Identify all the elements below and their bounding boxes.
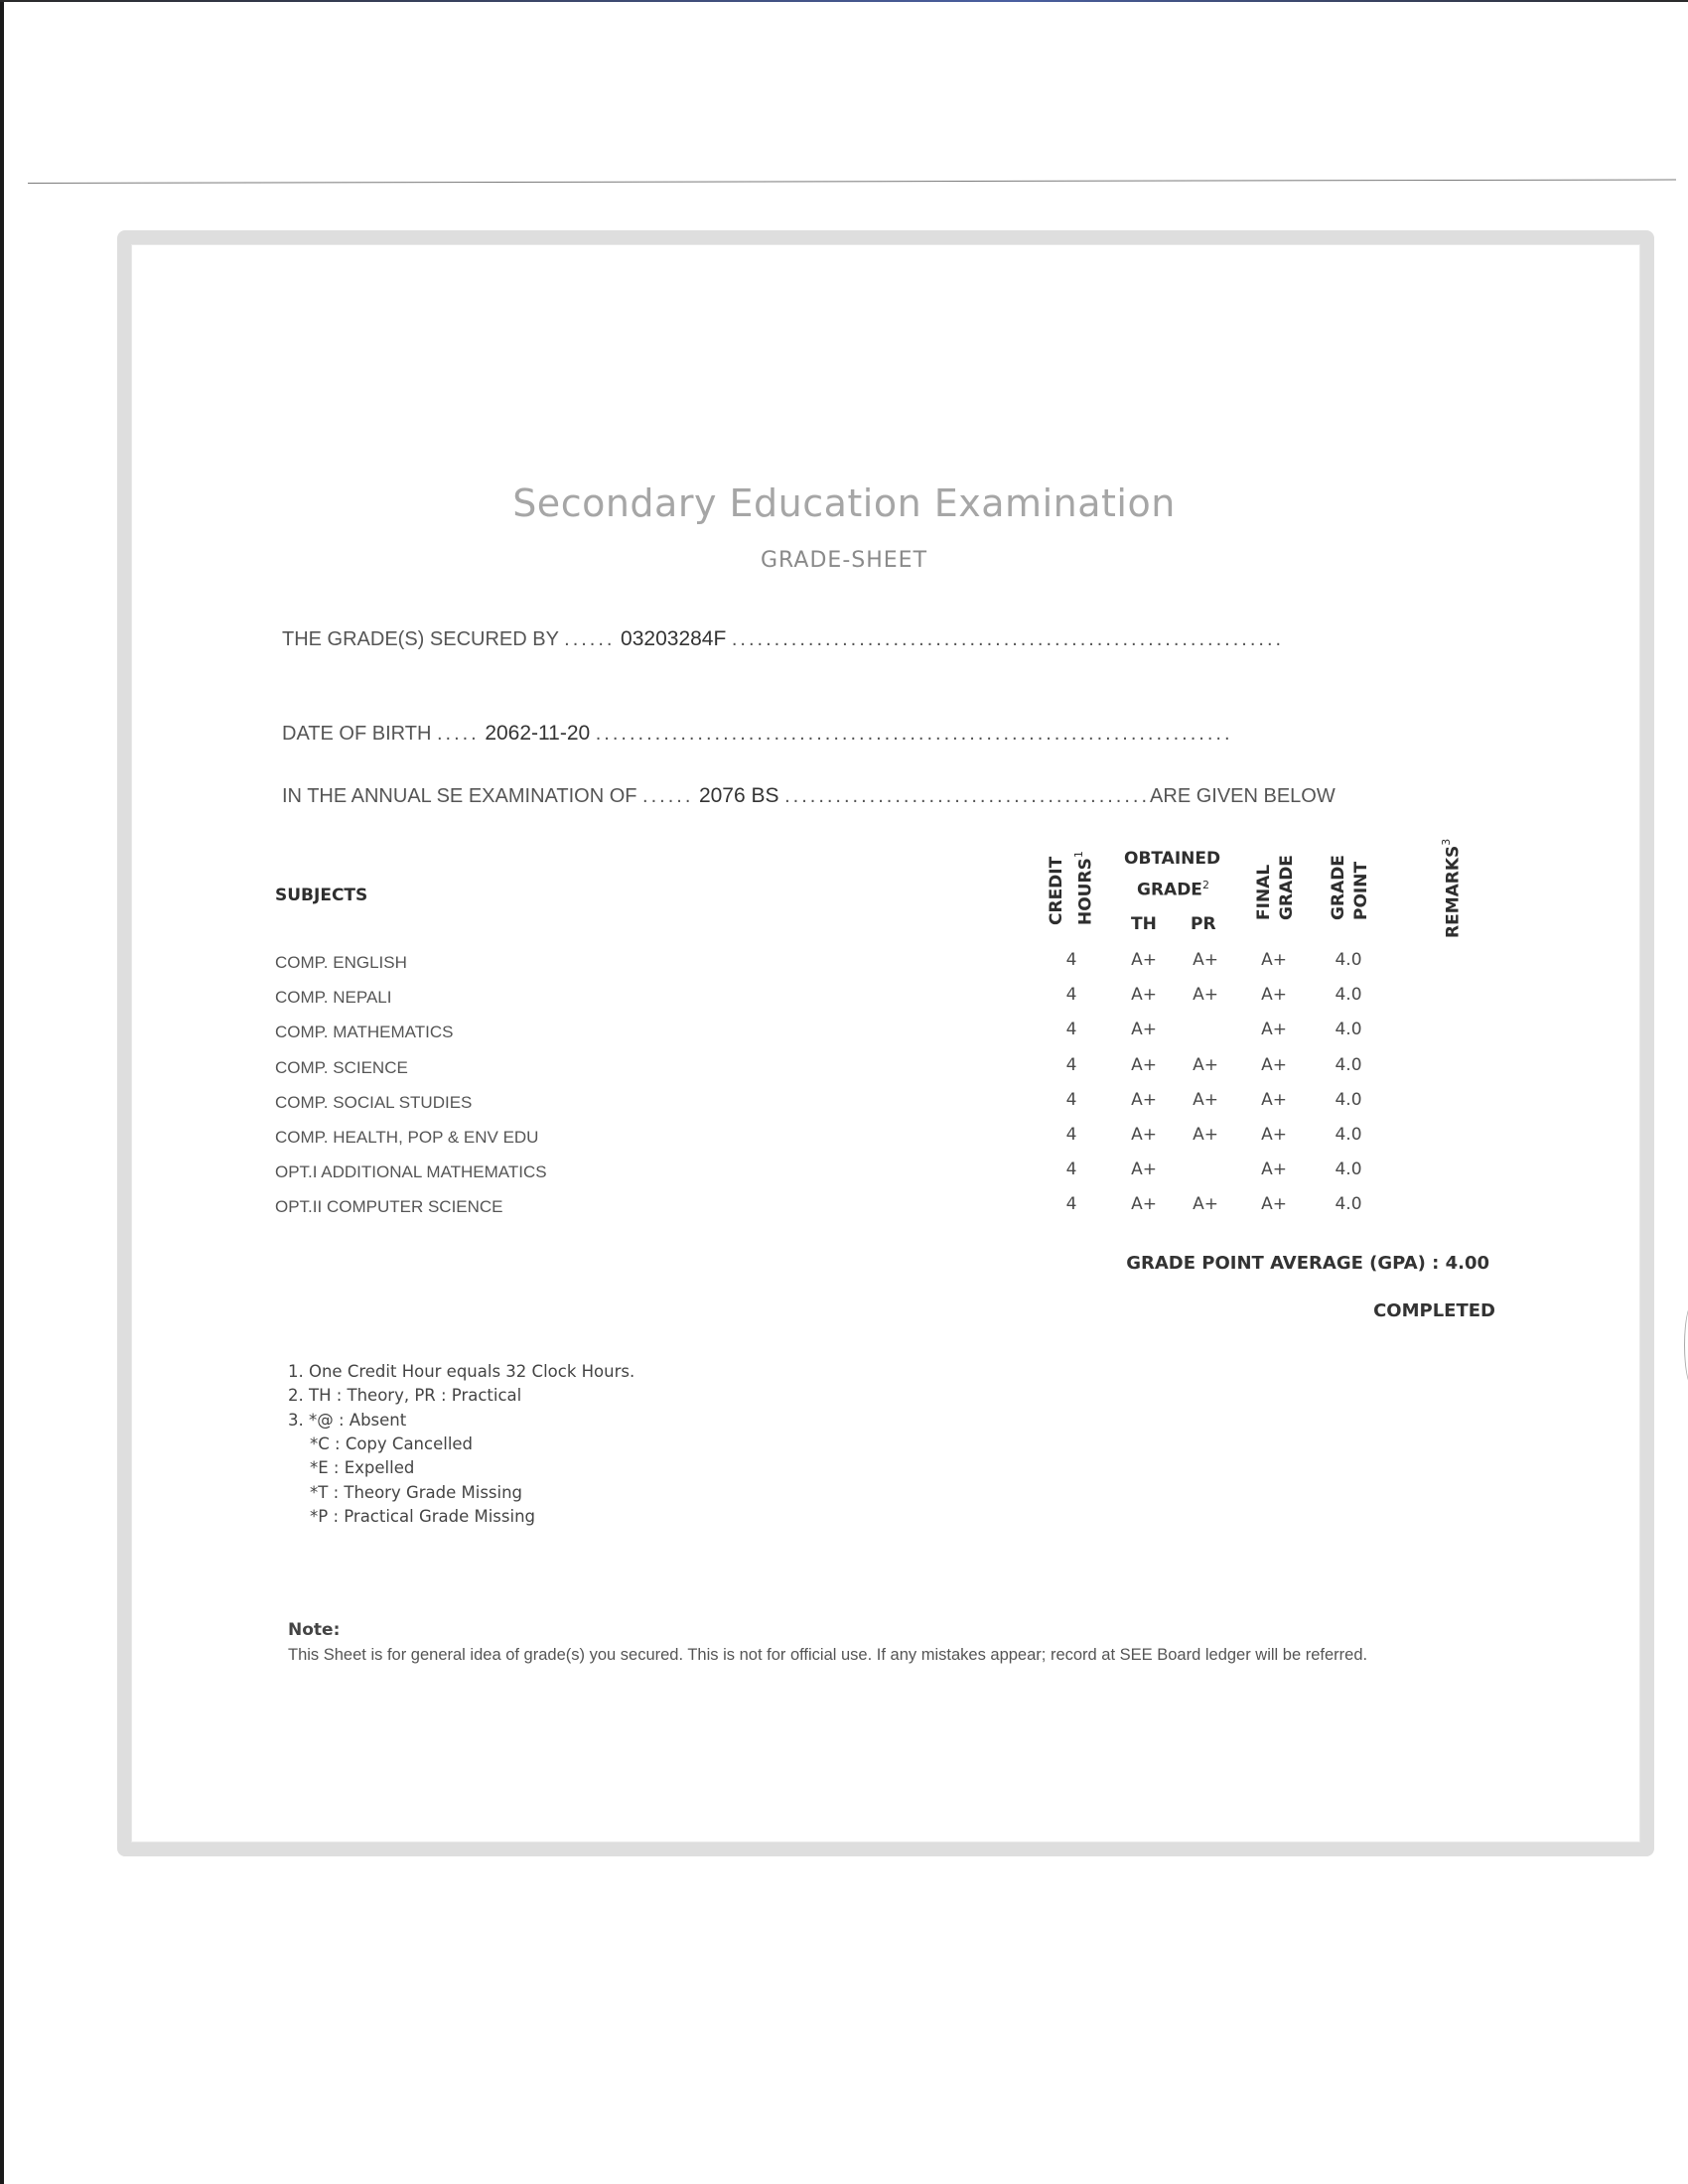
th-grade-cell: A+ bbox=[1114, 1160, 1174, 1179]
footnote-item: *P : Practical Grade Missing bbox=[310, 1507, 535, 1526]
header-hours: HOURS1 bbox=[1068, 837, 1097, 925]
subject-cell: COMP. SOCIAL STUDIES bbox=[275, 1093, 472, 1113]
header-pr: PR bbox=[1191, 914, 1216, 934]
symbol-number: 03203284F bbox=[621, 627, 726, 650]
grade-point-cell: 4.0 bbox=[1319, 985, 1378, 1005]
exam-suffix: ARE GIVEN BELOW bbox=[1150, 785, 1336, 807]
final-grade-cell: A+ bbox=[1244, 1160, 1304, 1179]
note-heading: Note: bbox=[288, 1620, 340, 1640]
credit-hours-cell: 4 bbox=[1042, 1020, 1101, 1039]
footnote-item: 2. TH : Theory, PR : Practical bbox=[288, 1386, 521, 1405]
footnote-item: *T : Theory Grade Missing bbox=[310, 1483, 522, 1502]
pr-grade-cell: A+ bbox=[1176, 1125, 1235, 1145]
pr-grade-cell: A+ bbox=[1176, 1055, 1235, 1075]
exam-label: IN THE ANNUAL SE EXAMINATION OF bbox=[282, 785, 636, 807]
th-grade-cell: A+ bbox=[1114, 985, 1174, 1005]
exam-year: 2076 BS bbox=[699, 784, 779, 807]
subject-cell: COMP. HEALTH, POP & ENV EDU bbox=[275, 1128, 538, 1148]
grade-point-cell: 4.0 bbox=[1319, 1194, 1378, 1214]
credit-hours-cell: 4 bbox=[1042, 950, 1101, 970]
header-gp-point: POINT bbox=[1350, 862, 1372, 920]
footnote-item: *E : Expelled bbox=[310, 1458, 414, 1477]
th-grade-cell: A+ bbox=[1114, 1055, 1174, 1075]
result-status: COMPLETED bbox=[1373, 1300, 1495, 1321]
th-grade-cell: A+ bbox=[1114, 1090, 1174, 1110]
header-subjects: SUBJECTS bbox=[275, 886, 367, 905]
page-border-frame bbox=[117, 230, 1654, 1856]
grade-point-cell: 4.0 bbox=[1319, 950, 1378, 970]
final-grade-cell: A+ bbox=[1244, 1194, 1304, 1214]
grade-point-cell: 4.0 bbox=[1319, 1125, 1378, 1145]
dob-label: DATE OF BIRTH bbox=[282, 723, 431, 745]
scan-top-edge bbox=[0, 0, 1688, 2]
pr-grade-cell: A+ bbox=[1176, 1194, 1235, 1214]
credit-hours-cell: 4 bbox=[1042, 1055, 1101, 1075]
pr-grade-cell: A+ bbox=[1176, 985, 1235, 1005]
th-grade-cell: A+ bbox=[1114, 950, 1174, 970]
scan-artifact bbox=[1684, 1300, 1688, 1390]
final-grade-cell: A+ bbox=[1244, 1020, 1304, 1039]
credit-hours-cell: 4 bbox=[1042, 985, 1101, 1005]
note-body: This Sheet is for general idea of grade(… bbox=[288, 1643, 1440, 1667]
final-grade-cell: A+ bbox=[1244, 1125, 1304, 1145]
th-grade-cell: A+ bbox=[1114, 1125, 1174, 1145]
th-grade-cell: A+ bbox=[1114, 1194, 1174, 1214]
secured-by-line: THE GRADE(S) SECURED BY ...... 03203284F… bbox=[282, 627, 1284, 651]
pr-grade-cell: A+ bbox=[1176, 950, 1235, 970]
final-grade-cell: A+ bbox=[1244, 1090, 1304, 1110]
exam-line: IN THE ANNUAL SE EXAMINATION OF ...... 2… bbox=[282, 784, 1336, 808]
pr-grade-cell: A+ bbox=[1176, 1090, 1235, 1110]
subject-cell: COMP. MATHEMATICS bbox=[275, 1023, 453, 1042]
subject-cell: OPT.II COMPUTER SCIENCE bbox=[275, 1197, 503, 1217]
horizontal-rule bbox=[28, 180, 1676, 184]
subject-cell: COMP. SCIENCE bbox=[275, 1058, 408, 1078]
credit-hours-cell: 4 bbox=[1042, 1090, 1101, 1110]
final-grade-cell: A+ bbox=[1244, 985, 1304, 1005]
final-grade-cell: A+ bbox=[1244, 1055, 1304, 1075]
final-grade-cell: A+ bbox=[1244, 950, 1304, 970]
credit-hours-cell: 4 bbox=[1042, 1194, 1101, 1214]
dob-line: DATE OF BIRTH ..... 2062-11-20 .........… bbox=[282, 722, 1233, 746]
subject-cell: COMP. ENGLISH bbox=[275, 953, 407, 973]
header-th: TH bbox=[1131, 914, 1157, 934]
header-gp-grade: GRADE bbox=[1328, 856, 1349, 920]
th-grade-cell: A+ bbox=[1114, 1020, 1174, 1039]
header-credit: CREDIT bbox=[1046, 854, 1067, 925]
grade-point-cell: 4.0 bbox=[1319, 1020, 1378, 1039]
gpa-summary: GRADE POINT AVERAGE (GPA) : 4.00 bbox=[1126, 1253, 1489, 1274]
header-grade: GRADE2 bbox=[1137, 879, 1209, 900]
footnote-item: *C : Copy Cancelled bbox=[310, 1434, 473, 1453]
header-remarks: REMARKS3 bbox=[1436, 839, 1465, 938]
grade-point-cell: 4.0 bbox=[1319, 1055, 1378, 1075]
secured-by-label: THE GRADE(S) SECURED BY bbox=[282, 628, 559, 650]
scan-left-edge bbox=[0, 0, 4, 2184]
credit-hours-cell: 4 bbox=[1042, 1125, 1101, 1145]
header-obtained: OBTAINED bbox=[1124, 849, 1220, 869]
header-final: FINAL bbox=[1253, 859, 1275, 920]
subject-cell: OPT.I ADDITIONAL MATHEMATICS bbox=[275, 1162, 547, 1182]
credit-hours-cell: 4 bbox=[1042, 1160, 1101, 1179]
grade-point-cell: 4.0 bbox=[1319, 1090, 1378, 1110]
grade-point-cell: 4.0 bbox=[1319, 1160, 1378, 1179]
date-of-birth: 2062-11-20 bbox=[485, 722, 590, 745]
subject-cell: COMP. NEPALI bbox=[275, 988, 391, 1008]
document-title: Secondary Education Examination bbox=[0, 481, 1688, 525]
document-subtitle: GRADE-SHEET bbox=[0, 548, 1688, 573]
footnote-item: 3. *@ : Absent bbox=[288, 1411, 406, 1430]
header-final-grade: GRADE bbox=[1276, 856, 1298, 920]
footnote-item: 1. One Credit Hour equals 32 Clock Hours… bbox=[288, 1362, 634, 1381]
